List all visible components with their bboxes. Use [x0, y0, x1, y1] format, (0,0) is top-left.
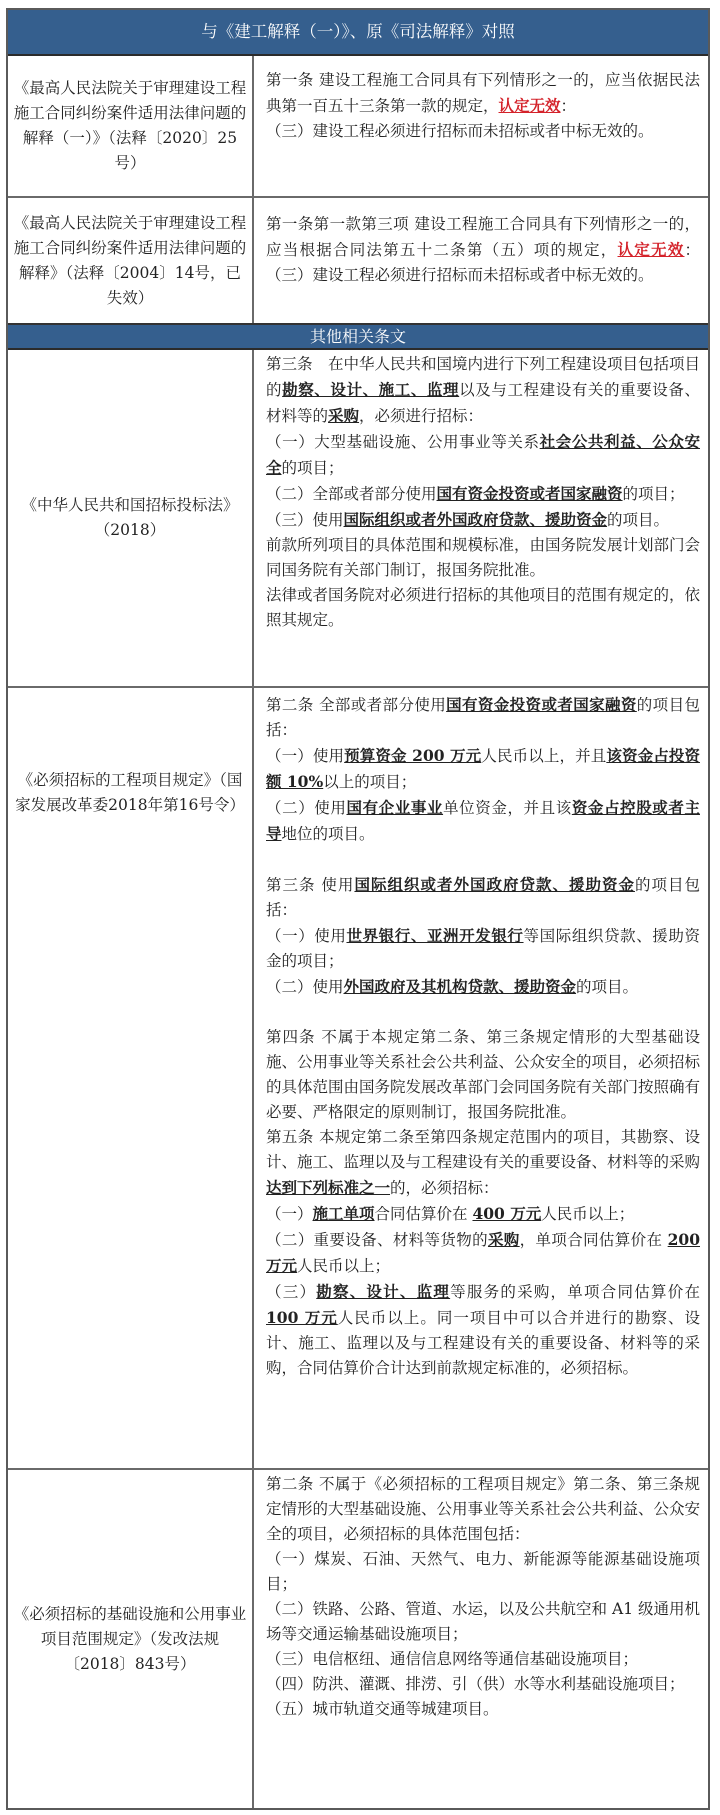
provision-text: 的，必须招标：: [390, 1179, 499, 1197]
provision-text: ：: [561, 97, 577, 115]
provision-text: 合同估算价在: [375, 1205, 473, 1223]
provision-text: （三）使用国际组织或者外国政府贷款、援助资金的项目。: [266, 507, 700, 533]
provision-text: 第五条 本规定第二条至第四条规定范围内的项目，其勘察、设计、施工、监理以及与工程…: [266, 1128, 700, 1171]
emphasized-text: 达到下列标准之一: [266, 1178, 390, 1197]
provision-cell: 第二条 全部或者部分使用国有资金投资或者国家融资的项目包括： （一）使用预算资金…: [254, 688, 708, 1468]
highlight-invalid: 认定无效: [618, 240, 685, 259]
provision-text: （二）重要设备、材料等货物的采购，单项合同估算价在 200 万元人民币以上；: [266, 1227, 700, 1279]
emphasized-text: 勘察、设计、施工、监理: [282, 380, 459, 399]
provision-text: 第五条 本规定第二条至第四条规定范围内的项目，其勘察、设计、施工、监理以及与工程…: [266, 1125, 700, 1201]
provision-text: ，单项合同估算价在: [520, 1231, 668, 1249]
provision-text: （一）使用预算资金 200 万元人民币以上，并且该资金占投资额 10%以上的项目…: [266, 743, 700, 795]
provision-text: 人民币以上；: [541, 1205, 634, 1223]
provision-text: 第四条 不属于本规定第二条、第三条规定情形的大型基础设施、公用事业等关系社会公共…: [266, 1025, 700, 1125]
provision-text: （一）大型基础设施、公用事业等关系社会公共利益、公众安全的项目；: [266, 429, 700, 481]
provision-text: ，必须进行招标：: [359, 407, 483, 425]
emphasized-text: 国际组织或者外国政府贷款、援助资金: [354, 875, 635, 894]
spacer: [266, 847, 700, 872]
provision-text: 第三条 使用: [266, 876, 354, 894]
provision-text: （二）使用: [266, 978, 344, 996]
provision-text: 第三条 在中华人民共和国境内进行下列工程建设项目包括项目的勘察、设计、施工、监理…: [266, 352, 700, 429]
provision-text: （三）建设工程必须进行招标而未招标或者中标无效的。: [266, 119, 700, 144]
provision-cell: 第一条 建设工程施工合同具有下列情形之一的，应当依据民法典第一百五十三条第一款的…: [254, 56, 708, 196]
emphasized-text: 国际组织或者外国政府贷款、援助资金: [344, 510, 608, 529]
highlight-invalid: 认定无效: [499, 96, 561, 115]
provision-text: 的项目。: [576, 978, 638, 996]
section-title: 其他相关条文: [8, 323, 708, 350]
emphasized-text: 勘察、设计、监理: [316, 1282, 450, 1301]
table-row: 《中华人民共和国招标投标法》（2018） 第三条 在中华人民共和国境内进行下列工…: [8, 350, 708, 686]
emphasized-text: 外国政府及其机构贷款、援助资金: [344, 977, 577, 996]
provision-text: （一）使用世界银行、亚洲开发银行等国际组织贷款、援助资金的项目；: [266, 923, 700, 974]
provision-text: 第二条 全部或者部分使用: [266, 696, 446, 714]
provision-text: （三）: [266, 1283, 316, 1301]
source-cell: 《最高人民法院关于审理建设工程施工合同纠纷案件适用法律问题的解释（一）》（法释〔…: [8, 56, 254, 196]
provision-text: 第二条 不属于《必须招标的工程项目规定》第二条、第三条规定情形的大型基础设施、公…: [266, 1472, 700, 1547]
emphasized-text: 预算资金 200 万元: [344, 746, 481, 765]
provision-text: 以上的项目；: [323, 773, 416, 791]
emphasized-text: 采购: [488, 1230, 520, 1249]
spacer: [266, 1000, 700, 1025]
provision-text: 人民币以上，并且: [481, 747, 606, 765]
provision-text: （二）全部或者部分使用国有资金投资或者国家融资的项目；: [266, 481, 700, 507]
emphasized-text: 施工单项: [313, 1204, 375, 1223]
provision-text: 单位资金，并且该: [443, 799, 572, 817]
provision-text: 第二条 全部或者部分使用国有资金投资或者国家融资的项目包括：: [266, 692, 700, 743]
emphasized-text: 国有资金投资或者国家融资: [437, 484, 623, 503]
provision-text: 地位的项目。: [282, 825, 375, 843]
provision-text: （二）全部或者部分使用: [266, 485, 437, 503]
provision-text: （二）使用国有企业事业单位资金，并且该资金占控股或者主导地位的项目。: [266, 795, 700, 847]
provision-text: 的项目。: [607, 511, 669, 529]
provision-text: 前款所列项目的具体范围和规模标准，由国务院发展计划部门会同国务院有关部门制订，报…: [266, 533, 700, 583]
provision-text: （一）大型基础设施、公用事业等关系: [266, 433, 540, 451]
provision-cell: 第二条 不属于《必须招标的工程项目规定》第二条、第三条规定情形的大型基础设施、公…: [254, 1470, 708, 1808]
emphasized-text: 400 万元: [472, 1204, 541, 1223]
provision-text: （一）: [266, 1205, 313, 1223]
source-cell: 《必须招标的基础设施和公用事业项目范围规定》（发改法规〔2018〕843号）: [8, 1470, 254, 1808]
table-row: 《最高人民法院关于审理建设工程施工合同纠纷案件适用法律问题的解释》（法释〔200…: [8, 196, 708, 323]
provision-text: （四）防洪、灌溉、排涝、引（供）水等水利基础设施项目；: [266, 1672, 700, 1697]
provision-text: （一）施工单项合同估算价在 400 万元人民币以上；: [266, 1201, 700, 1227]
source-cell: 《最高人民法院关于审理建设工程施工合同纠纷案件适用法律问题的解释》（法释〔200…: [8, 198, 254, 323]
provision-text: 第一条第一款第三项 建设工程施工合同具有下列情形之一的，应当根据合同法第五十二条…: [266, 212, 700, 288]
provision-text: 等服务的采购，单项合同估算价在: [450, 1283, 700, 1301]
provision-text: （三）电信枢纽、通信信息网络等通信基础设施项目；: [266, 1647, 700, 1672]
provision-text: （二）铁路、公路、管道、水运，以及公共航空和 A1 级通用机场等交通运输基础设施…: [266, 1597, 700, 1647]
table-row: 《最高人民法院关于审理建设工程施工合同纠纷案件适用法律问题的解释（一）》（法释〔…: [8, 56, 708, 196]
comparison-table: 与《建工解释（一）》、原《司法解释》对照 《最高人民法院关于审理建设工程施工合同…: [6, 8, 710, 1810]
table-row: 《必须招标的基础设施和公用事业项目范围规定》（发改法规〔2018〕843号） 第…: [8, 1468, 708, 1808]
provision-text: （二）使用外国政府及其机构贷款、援助资金的项目。: [266, 974, 700, 1000]
emphasized-text: 国有资金投资或者国家融资: [446, 695, 637, 714]
provision-text: 人民币以上；: [297, 1257, 390, 1275]
provision-text: （五）城市轨道交通等城建项目。: [266, 1697, 700, 1722]
provision-text: （二）重要设备、材料等货物的: [266, 1231, 488, 1249]
provision-text: （一）使用: [266, 927, 346, 945]
provision-cell: 第三条 在中华人民共和国境内进行下列工程建设项目包括项目的勘察、设计、施工、监理…: [254, 350, 708, 686]
provision-cell: 第一条第一款第三项 建设工程施工合同具有下列情形之一的，应当根据合同法第五十二条…: [254, 198, 708, 323]
provision-text: （三）使用: [266, 511, 344, 529]
table-title: 与《建工解释（一）》、原《司法解释》对照: [8, 10, 708, 56]
table-row: 《必须招标的工程项目规定》（国家发展改革委2018年第16号令） 第二条 全部或…: [8, 686, 708, 1468]
source-cell: 《必须招标的工程项目规定》（国家发展改革委2018年第16号令）: [8, 688, 254, 1468]
emphasized-text: 100 万元: [266, 1308, 338, 1327]
provision-text: 第一条 建设工程施工合同具有下列情形之一的，应当依据民法典第一百五十三条第一款的…: [266, 71, 700, 115]
emphasized-text: 国有企业事业: [346, 798, 443, 817]
provision-text: （一）使用: [266, 747, 344, 765]
provision-text: （三）勘察、设计、监理等服务的采购，单项合同估算价在 100 万元人民币以上。同…: [266, 1279, 700, 1381]
provision-text: 的项目；: [282, 459, 344, 477]
provision-text: 的项目；: [623, 485, 685, 503]
emphasized-text: 世界银行、亚洲开发银行: [346, 926, 523, 945]
provision-text: 第一条 建设工程施工合同具有下列情形之一的，应当依据民法典第一百五十三条第一款的…: [266, 68, 700, 119]
provision-text: （一）煤炭、石油、天然气、电力、新能源等能源基础设施项目；: [266, 1547, 700, 1597]
source-cell: 《中华人民共和国招标投标法》（2018）: [8, 350, 254, 686]
provision-text: 法律或者国务院对必须进行招标的其他项目的范围有规定的，依照其规定。: [266, 583, 700, 633]
emphasized-text: 采购: [328, 406, 359, 425]
provision-text: 第三条 使用国际组织或者外国政府贷款、援助资金的项目包括：: [266, 872, 700, 923]
provision-text: （二）使用: [266, 799, 346, 817]
